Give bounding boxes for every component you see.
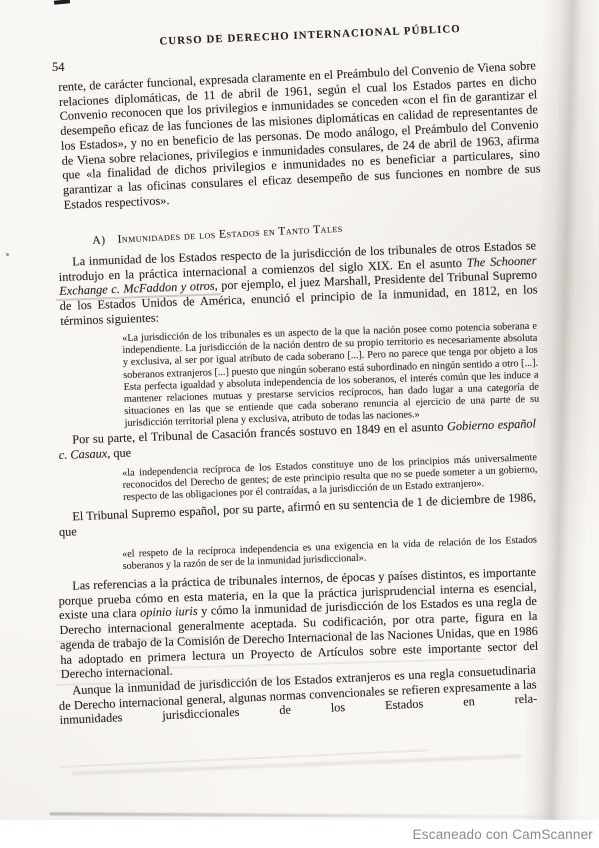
body-paragraph: La inmunidad de los Estados respecto de … — [58, 239, 538, 329]
section-title: Inmunidades de los Estados en Tanto Tale… — [117, 222, 343, 246]
scanned-book-page: CURSO DE DERECHO INTERNACIONAL PÚBLICO 5… — [0, 0, 599, 848]
body-paragraph-continuation: rente, de carácter funcional, expresada … — [58, 58, 542, 212]
section-label: A) — [92, 234, 106, 248]
paper-background: CURSO DE DERECHO INTERNACIONAL PÚBLICO 5… — [0, 0, 599, 820]
running-title: CURSO DE DERECHO INTERNACIONAL PÚBLICO — [150, 23, 470, 48]
pencil-underline-long — [72, 755, 522, 775]
scan-artifact-mark — [54, 0, 70, 5]
footer-strip: Escaneado con CamScanner — [0, 820, 599, 848]
camscanner-watermark: Escaneado con CamScanner — [413, 827, 593, 842]
paper-bottom-edge — [50, 812, 599, 818]
block-quote-marshall: «La jurisdicción de los tribunales es un… — [122, 321, 540, 431]
page-body: rente, de carácter funcional, expresada … — [0, 80, 536, 728]
page-number: 54 — [52, 60, 65, 75]
latin-term-italic: opinio iuris — [140, 605, 198, 621]
paragraph-text: , que — [107, 446, 131, 461]
